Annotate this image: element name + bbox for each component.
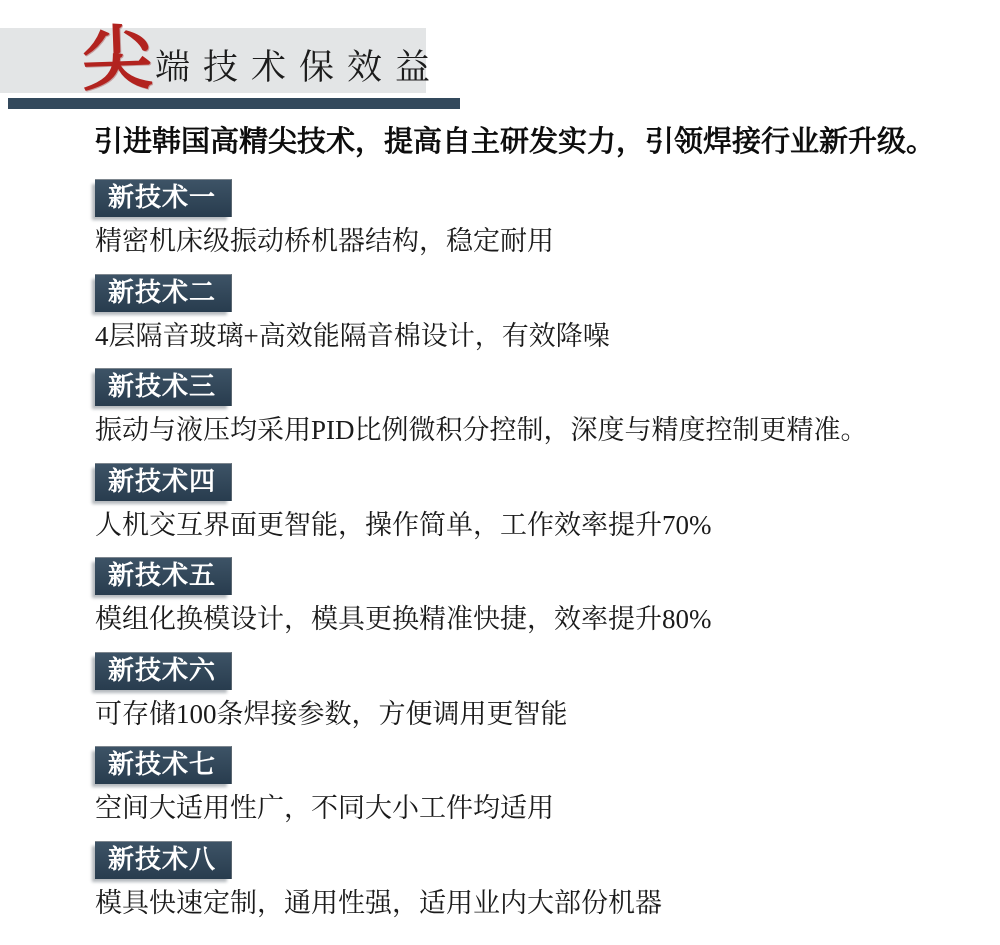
- section-desc: 人机交互界面更智能，操作简单，工作效率提升70%: [95, 510, 975, 540]
- tech-badge: 新技术三: [95, 368, 232, 406]
- tech-section: 新技术一 精密机床级振动桥机器结构，稳定耐用: [95, 179, 975, 274]
- tech-badge: 新技术一: [95, 179, 232, 217]
- tech-section: 新技术三 振动与液压均采用PID比例微积分控制，深度与精度控制更精准。: [95, 368, 975, 463]
- promo-page: 尖 端技术保效益 引进韩国高精尖技术，提高自主研发实力，引领焊接行业新升级。 新…: [0, 0, 1000, 945]
- tech-section: 新技术六 可存储100条焊接参数，方便调用更智能: [95, 652, 975, 747]
- tech-badge: 新技术六: [95, 652, 232, 690]
- section-desc: 4层隔音玻璃+高效能隔音棉设计，有效降噪: [95, 321, 975, 351]
- section-desc: 振动与液压均采用PID比例微积分控制，深度与精度控制更精准。: [95, 415, 975, 445]
- intro-text: 引进韩国高精尖技术，提高自主研发实力，引领焊接行业新升级。: [94, 125, 974, 159]
- tech-badge-label: 新技术二: [108, 277, 216, 307]
- tech-section: 新技术八 模具快速定制，通用性强，适用业内大部份机器: [95, 841, 975, 936]
- sections-list: 新技术一 精密机床级振动桥机器结构，稳定耐用 新技术二 4层隔音玻璃+高效能隔音…: [95, 179, 975, 935]
- header-accent-char: 尖: [81, 23, 153, 95]
- tech-badge: 新技术五: [95, 557, 232, 595]
- section-desc: 空间大适用性广，不同大小工件均适用: [95, 793, 975, 823]
- tech-badge-label: 新技术五: [108, 560, 216, 590]
- page-title: 端技术保效益: [155, 48, 443, 88]
- tech-badge-label: 新技术三: [108, 371, 216, 401]
- section-desc: 精密机床级振动桥机器结构，稳定耐用: [95, 226, 975, 256]
- tech-badge-label: 新技术八: [108, 844, 216, 874]
- section-desc: 模组化换模设计，模具更换精准快捷，效率提升80%: [95, 604, 975, 634]
- section-desc: 模具快速定制，通用性强，适用业内大部份机器: [95, 888, 975, 918]
- tech-badge-label: 新技术七: [108, 749, 216, 779]
- tech-badge: 新技术七: [95, 746, 232, 784]
- tech-badge: 新技术四: [95, 463, 232, 501]
- tech-badge-label: 新技术一: [108, 182, 216, 212]
- tech-badge: 新技术二: [95, 274, 232, 312]
- tech-badge-label: 新技术六: [108, 655, 216, 685]
- section-desc: 可存储100条焊接参数，方便调用更智能: [95, 699, 975, 729]
- tech-section: 新技术五 模组化换模设计，模具更换精准快捷，效率提升80%: [95, 557, 975, 652]
- tech-section: 新技术四 人机交互界面更智能，操作简单，工作效率提升70%: [95, 463, 975, 558]
- tech-badge: 新技术八: [95, 841, 232, 879]
- tech-badge-label: 新技术四: [108, 466, 216, 496]
- header-divider-bar: [8, 98, 460, 109]
- tech-section: 新技术七 空间大适用性广，不同大小工件均适用: [95, 746, 975, 841]
- tech-section: 新技术二 4层隔音玻璃+高效能隔音棉设计，有效降噪: [95, 274, 975, 369]
